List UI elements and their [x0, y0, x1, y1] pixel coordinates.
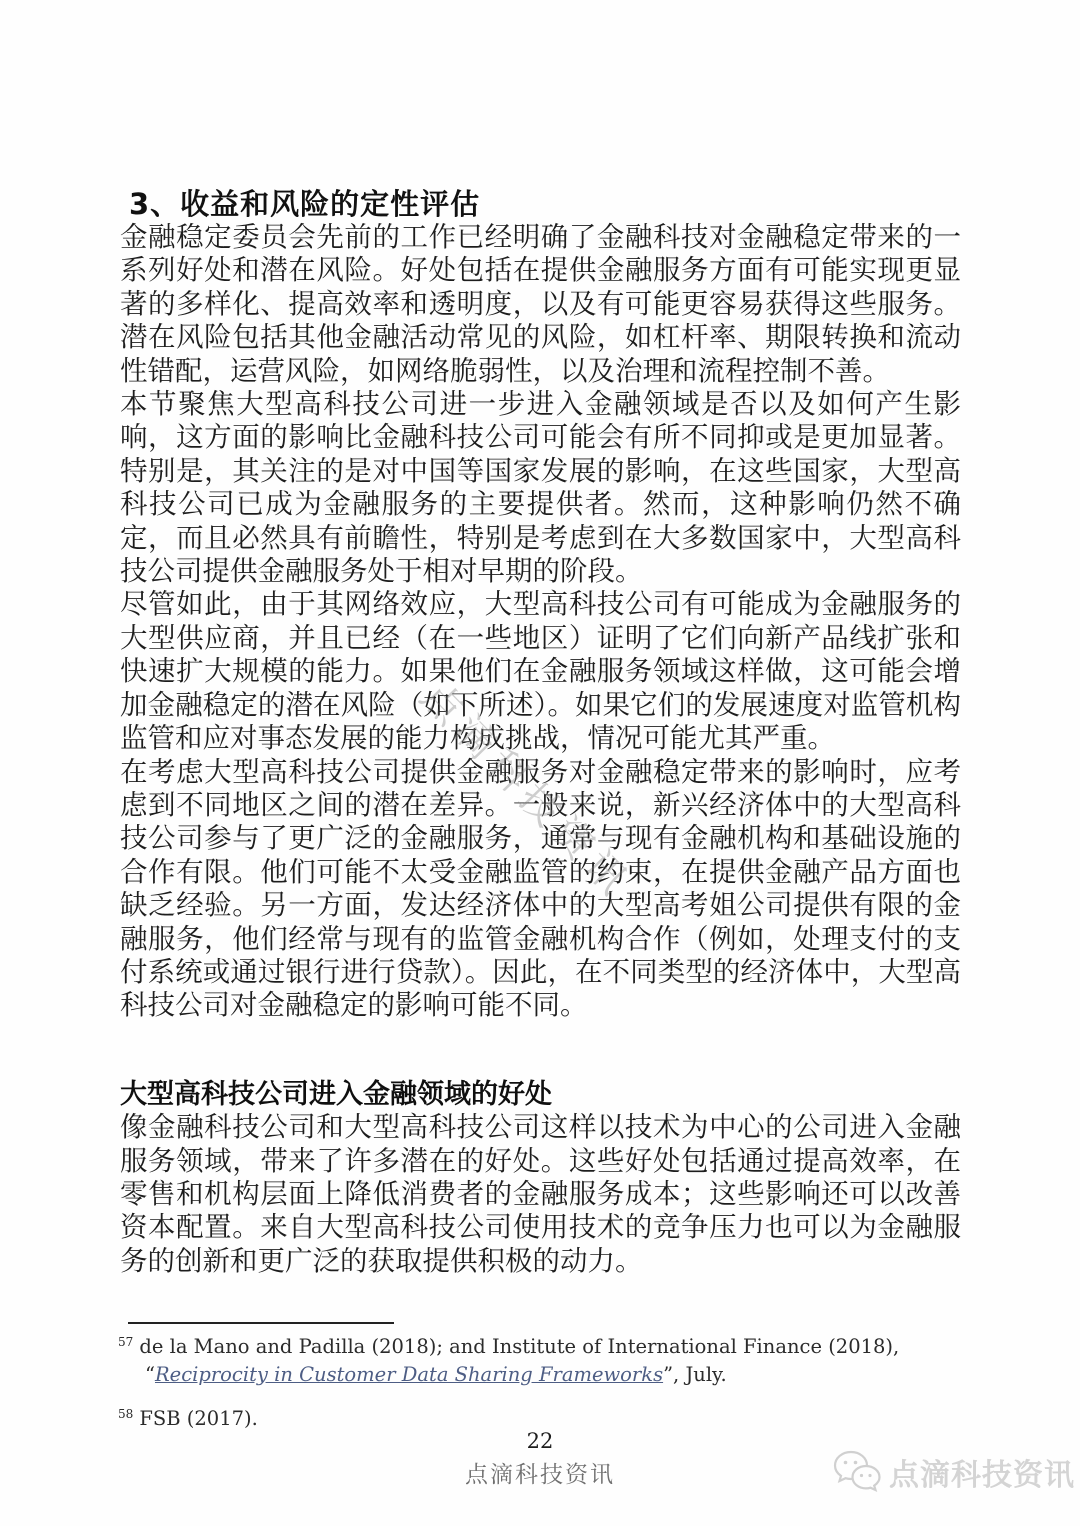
- subsection-title: 大型高科技公司进入金融领域的好处: [120, 1078, 961, 1111]
- footnote-57-number: 57: [118, 1335, 133, 1349]
- footnote-separator: [128, 1322, 394, 1324]
- footnote-58-text: FSB (2017).: [139, 1407, 257, 1430]
- page-number: 22: [0, 1429, 1080, 1453]
- paragraph-5: 像金融科技公司和大型高科技公司这样以技术为中心的公司进入金融服务领域，带来了许多…: [120, 1111, 961, 1278]
- paragraph-4: 在考虑大型高科技公司提供金融服务对金融稳定带来的影响时，应考虑到不同地区之间的潜…: [120, 756, 961, 1023]
- footnote-57: 57de la Mano and Padilla (2018); and Ins…: [118, 1333, 966, 1389]
- footnote-58-number: 58: [118, 1407, 133, 1421]
- paragraph-1: 金融稳定委员会先前的工作已经明确了金融科技对金融稳定带来的一系列好处和潜在风险。…: [120, 221, 961, 388]
- section-title: 3、收益和风险的定性评估: [129, 182, 480, 223]
- footnotes: 57de la Mano and Padilla (2018); and Ins…: [118, 1333, 966, 1433]
- body-text: 金融稳定委员会先前的工作已经明确了金融科技对金融稳定带来的一系列好处和潜在风险。…: [120, 221, 961, 1278]
- paragraph-2: 本节聚焦大型高科技公司进一步进入金融领域是否以及如何产生影响，这方面的影响比金融…: [120, 388, 961, 588]
- footnote-57-text-after: ”, July.: [663, 1363, 727, 1386]
- document-page: 3、收益和风险的定性评估 金融稳定委员会先前的工作已经明确了金融科技对金融稳定带…: [0, 0, 1080, 1526]
- footer-brand-text: 点滴科技资讯: [0, 1456, 1080, 1489]
- paragraph-3: 尽管如此，由于其网络效应，大型高科技公司有可能成为金融服务的大型供应商，并且已经…: [120, 588, 961, 755]
- footnote-57-link[interactable]: Reciprocity in Customer Data Sharing Fra…: [155, 1363, 663, 1386]
